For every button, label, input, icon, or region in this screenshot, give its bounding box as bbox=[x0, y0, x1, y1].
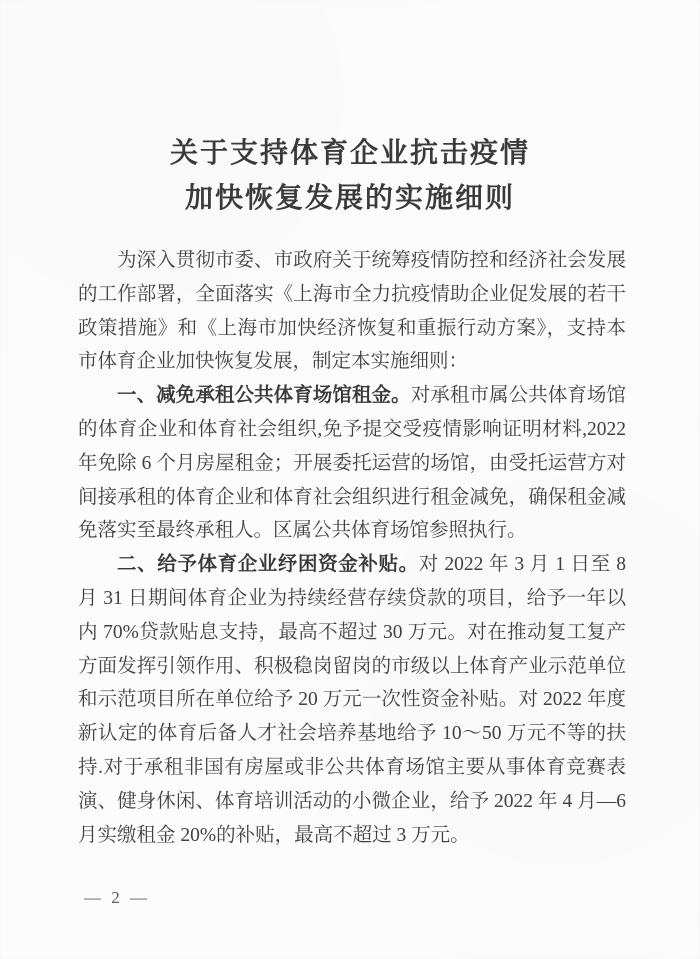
section-2-heading: 二、给予体育企业纾困资金补贴。 bbox=[117, 554, 419, 575]
section-1-text: 对承租市属公共体育场馆的体育企业和体育社会组织,免予提交受疫情影响证明材料,20… bbox=[78, 385, 626, 541]
section-1-heading: 一、减免承租公共体育场馆租金。 bbox=[117, 385, 411, 406]
document-page: 关于支持体育企业抗击疫情 加快恢复发展的实施细则 为深入贯彻市委、市政府关于统筹… bbox=[0, 0, 700, 959]
title-line-1: 关于支持体育企业抗击疫情 bbox=[0, 131, 700, 176]
title-line-2: 加快恢复发展的实施细则 bbox=[0, 176, 700, 221]
document-body: 为深入贯彻市委、市政府关于统筹疫情防控和经济社会发展的工作部署，全面落实《上海市… bbox=[78, 244, 626, 852]
document-title: 关于支持体育企业抗击疫情 加快恢复发展的实施细则 bbox=[0, 0, 700, 221]
section-1-paragraph: 一、减免承租公共体育场馆租金。对承租市属公共体育场馆的体育企业和体育社会组织,免… bbox=[78, 379, 626, 548]
intro-paragraph: 为深入贯彻市委、市政府关于统筹疫情防控和经济社会发展的工作部署，全面落实《上海市… bbox=[78, 244, 626, 379]
section-2-paragraph: 二、给予体育企业纾困资金补贴。对 2022 年 3 月 1 日至 8 月 31 … bbox=[78, 548, 626, 852]
page-number: — 2 — bbox=[84, 888, 150, 908]
intro-text: 为深入贯彻市委、市政府关于统筹疫情防控和经济社会发展的工作部署，全面落实《上海市… bbox=[78, 250, 626, 372]
section-2-text: 对 2022 年 3 月 1 日至 8 月 31 日期间体育企业为持续经营存续贷… bbox=[78, 554, 626, 845]
